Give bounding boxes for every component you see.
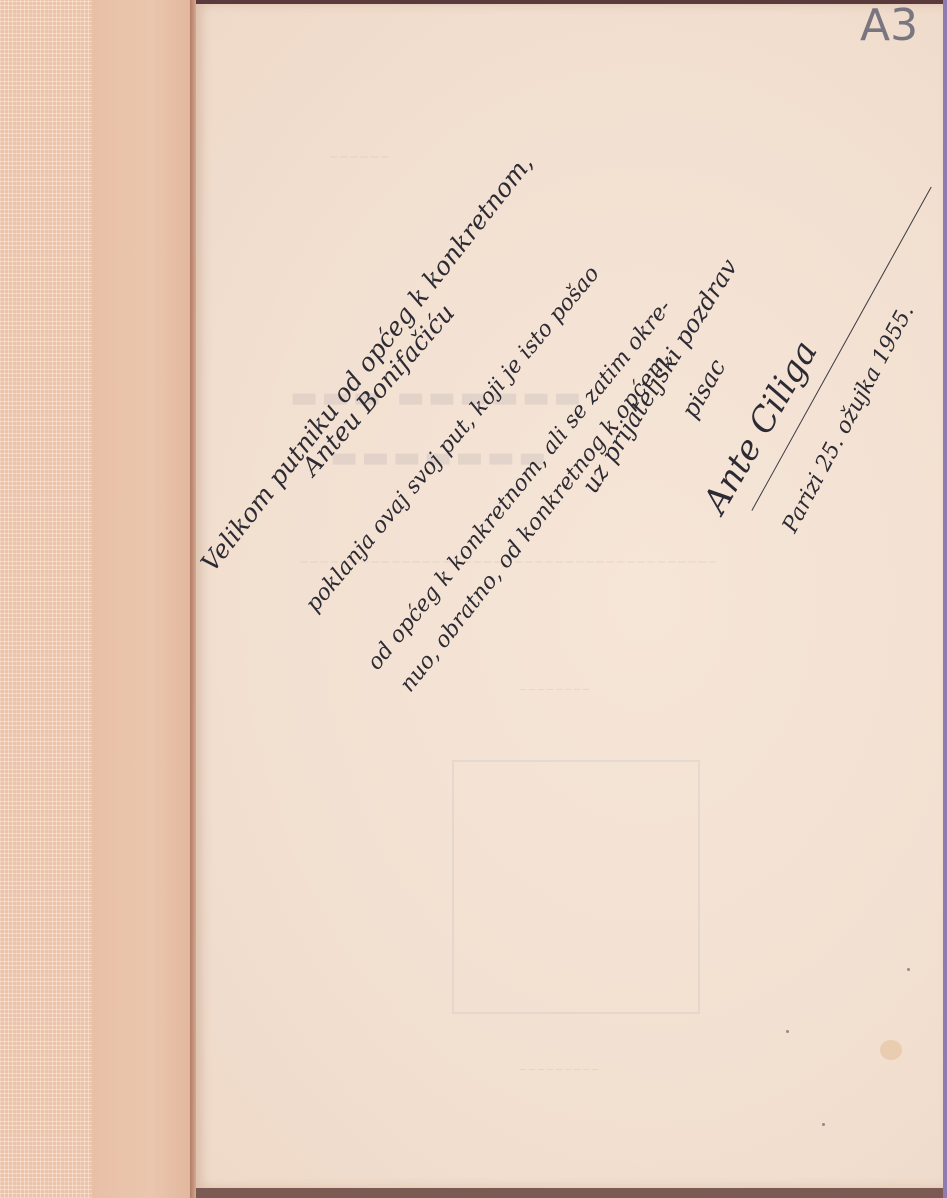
ghost-author-print: ────── — [330, 150, 391, 164]
book-scan: ────── ▬▬▬ ▬▬▬▬▬▬ ▬▬▬▬▬▬▬ ──────────────… — [0, 0, 947, 1198]
scan-right-edge — [943, 0, 947, 1198]
paper-speck — [786, 1030, 789, 1033]
corner-pencil-mark: A3 — [860, 0, 918, 51]
ghost-imprint-print: ───────── — [520, 1065, 601, 1076]
textured-cover-board — [0, 0, 93, 1198]
ghost-publisher-print: ──────── — [520, 685, 592, 696]
foxing-stain — [880, 1040, 902, 1060]
cover-flap — [92, 0, 192, 1198]
scan-bottom-edge — [196, 1188, 947, 1198]
ghost-vignette-frame — [452, 760, 700, 1014]
paper-speck — [907, 968, 910, 971]
paper-speck — [822, 1123, 825, 1126]
